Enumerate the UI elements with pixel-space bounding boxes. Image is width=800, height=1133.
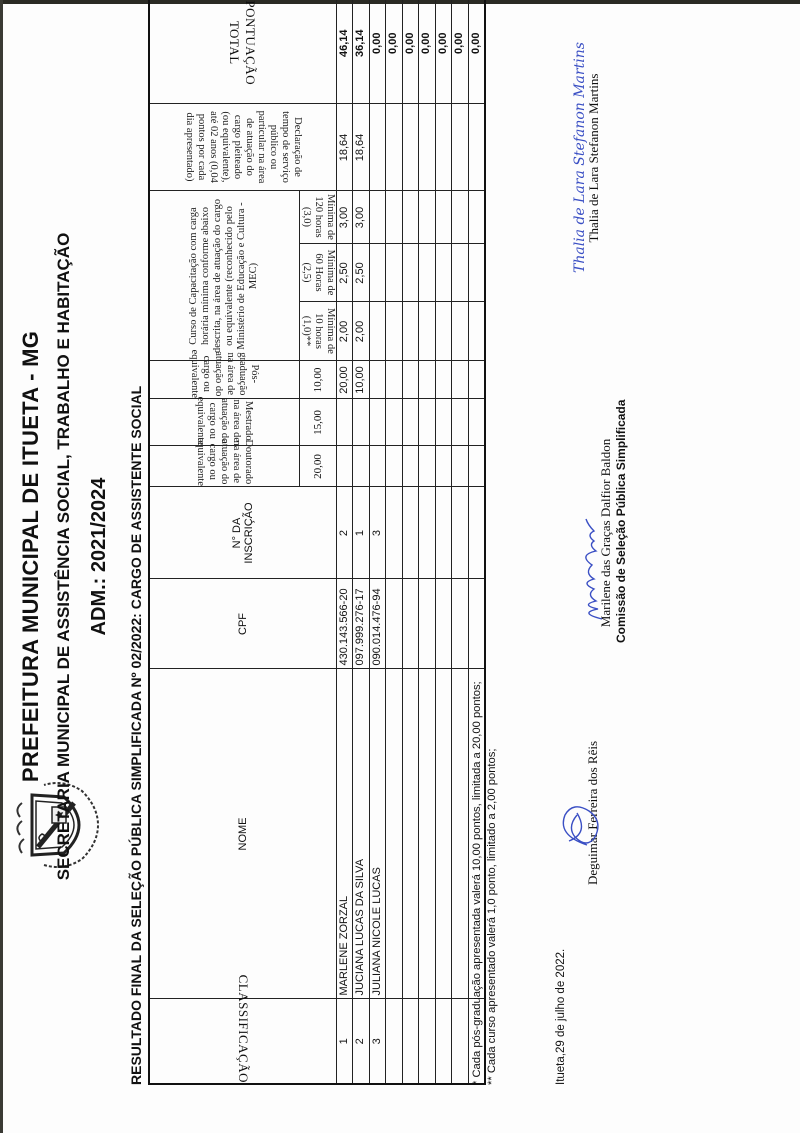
column-header-mestrado: Mestrado na área de atuação do cargo ou … bbox=[149, 399, 299, 446]
cell-name bbox=[386, 669, 403, 999]
cell-inscricao bbox=[402, 487, 419, 579]
cell-min10 bbox=[419, 302, 436, 361]
cell-doutorado bbox=[419, 446, 436, 487]
cell-cpf: 090.014.476-94 bbox=[369, 579, 386, 669]
max-points-doutorado: 20,00 bbox=[299, 446, 336, 487]
cell-min10 bbox=[402, 302, 419, 361]
cell-inscricao: 1 bbox=[353, 487, 370, 579]
cell-name bbox=[419, 669, 436, 999]
cell-cpf bbox=[402, 579, 419, 669]
cell-doutorado bbox=[435, 446, 452, 487]
cell-inscricao: 2 bbox=[336, 487, 353, 579]
cell-inscricao bbox=[386, 487, 403, 579]
cell-pos bbox=[468, 361, 485, 399]
cell-name bbox=[402, 669, 419, 999]
cell-total: 0,00 bbox=[468, 0, 485, 104]
cell-mestrado bbox=[402, 399, 419, 446]
cell-inscricao bbox=[435, 487, 452, 579]
cell-min60 bbox=[435, 244, 452, 302]
table-row: 0,00 bbox=[402, 0, 419, 1084]
cell-declaracao: 18,64 bbox=[336, 104, 353, 191]
cell-doutorado bbox=[336, 446, 353, 487]
cell-declaracao bbox=[402, 104, 419, 191]
cell-doutorado bbox=[402, 446, 419, 487]
cell-rank bbox=[419, 999, 436, 1084]
cell-declaracao: 18,64 bbox=[353, 104, 370, 191]
cell-cpf bbox=[386, 579, 403, 669]
table-caption: RESULTADO FINAL DA SELEÇÃO PÚBLICA SIMPL… bbox=[128, 386, 144, 1085]
signature-scribble-icon bbox=[557, 799, 603, 851]
cell-mestrado bbox=[369, 399, 386, 446]
column-header-pos-graduacao: Pós-graduação na área de atuação do carg… bbox=[149, 361, 299, 399]
cell-name bbox=[452, 669, 469, 999]
cell-min120 bbox=[402, 191, 419, 244]
table-row: 0,00 bbox=[419, 0, 436, 1084]
cell-min60: 2,50 bbox=[336, 244, 353, 302]
signature-block-1: Deguimar Ferreira dos Rêis bbox=[585, 713, 601, 913]
cell-pos bbox=[435, 361, 452, 399]
cell-cpf bbox=[419, 579, 436, 669]
cell-min60: 2,50 bbox=[353, 244, 370, 302]
cell-min120 bbox=[386, 191, 403, 244]
column-header-min10: Mínima de 10 horas (1,0)** bbox=[299, 302, 336, 361]
cell-total: 36,14 bbox=[353, 0, 370, 104]
table-row: 0,00 bbox=[435, 0, 452, 1084]
signature-block-3: Thalia de Lara Stefanon Martins Thalia d… bbox=[572, 43, 602, 273]
cell-mestrado bbox=[353, 399, 370, 446]
cell-rank bbox=[435, 999, 452, 1084]
column-header-nome: NOME bbox=[149, 669, 336, 999]
signature-block-2: Marilene das Graças Dalfior Baldon Comis… bbox=[598, 423, 628, 643]
footnotes: * Cada pós-graduação apresentada valerá … bbox=[470, 681, 500, 1085]
cell-declaracao bbox=[386, 104, 403, 191]
cell-total: 0,00 bbox=[435, 0, 452, 104]
cell-pos: 20,00 bbox=[336, 361, 353, 399]
cell-mestrado bbox=[435, 399, 452, 446]
footnote-pos-graduacao: * Cada pós-graduação apresentada valerá … bbox=[470, 681, 485, 1085]
column-header-inscricao: N° DA INSCRIÇÃO bbox=[149, 487, 336, 579]
cell-declaracao bbox=[452, 104, 469, 191]
column-header-min60: Mínima de 60 Horas (2,5) bbox=[299, 244, 336, 302]
cell-min120 bbox=[435, 191, 452, 244]
cell-mestrado bbox=[419, 399, 436, 446]
cell-total: 0,00 bbox=[386, 0, 403, 104]
cell-doutorado bbox=[369, 446, 386, 487]
table-row: 2JUCIANA LUCAS DA SILVA097.999.276-17110… bbox=[353, 0, 370, 1084]
column-header-classificacao: CLASSIFICAÇÃO bbox=[149, 999, 336, 1084]
cell-inscricao bbox=[419, 487, 436, 579]
cell-declaracao bbox=[435, 104, 452, 191]
cell-pos: 10,00 bbox=[353, 361, 370, 399]
cell-mestrado bbox=[336, 399, 353, 446]
cell-mestrado bbox=[386, 399, 403, 446]
cell-min60 bbox=[452, 244, 469, 302]
place-and-date: Itueta,29 de julho de 2022. bbox=[555, 949, 567, 1085]
table-row: 0,00 bbox=[452, 0, 469, 1084]
cell-name bbox=[435, 669, 452, 999]
cell-min60 bbox=[402, 244, 419, 302]
cell-name: JUCIANA LUCAS DA SILVA bbox=[353, 669, 370, 999]
table-row: 0,00 bbox=[386, 0, 403, 1084]
max-points-mestrado: 15,00 bbox=[299, 399, 336, 446]
cell-min120: 3,00 bbox=[336, 191, 353, 244]
cell-pos bbox=[452, 361, 469, 399]
cell-rank: 1 bbox=[336, 999, 353, 1084]
cell-min120 bbox=[419, 191, 436, 244]
footnote-curso: ** Cada curso apresentado valerá 1,0 pon… bbox=[485, 681, 500, 1085]
cell-mestrado bbox=[468, 399, 485, 446]
cell-rank bbox=[402, 999, 419, 1084]
cell-min10: 2,00 bbox=[353, 302, 370, 361]
column-header-doutorado: Doutorado na área de atuação do cargo ou… bbox=[149, 446, 299, 487]
cell-min120: 3,00 bbox=[353, 191, 370, 244]
column-header-total: PONTUAÇÃO TOTAL bbox=[149, 0, 336, 104]
cell-declaracao bbox=[369, 104, 386, 191]
document-page: PREFEITURA MUNICIPAL DE ITUETA - MG SECR… bbox=[0, 0, 800, 1133]
cell-inscricao bbox=[468, 487, 485, 579]
column-header-cpf: CPF bbox=[149, 579, 336, 669]
cell-doutorado bbox=[353, 446, 370, 487]
cell-cpf: 430.143.566-20 bbox=[336, 579, 353, 669]
cell-mestrado bbox=[452, 399, 469, 446]
column-header-curso-capacitacao: Curso de Capacitação com carga horária m… bbox=[149, 191, 299, 361]
cell-inscricao bbox=[452, 487, 469, 579]
header-administration: ADM.: 2021/2024 bbox=[88, 0, 111, 1133]
cell-min10: 2,00 bbox=[336, 302, 353, 361]
cell-rank bbox=[386, 999, 403, 1084]
header-secretariat: SECRETARIA MUNICIPAL DE ASSISTÊNCIA SOCI… bbox=[54, 0, 74, 1133]
cell-cpf bbox=[435, 579, 452, 669]
cell-min10 bbox=[386, 302, 403, 361]
column-header-declaracao: Declaração de tempo de serviço público o… bbox=[149, 104, 336, 191]
cell-name: JULIANA NICOLE LUCAS bbox=[369, 669, 386, 999]
cell-min10 bbox=[452, 302, 469, 361]
table-row: 3JULIANA NICOLE LUCAS090.014.476-9430,00 bbox=[369, 0, 386, 1084]
cell-min60 bbox=[369, 244, 386, 302]
max-points-pos: 10,00 bbox=[299, 361, 336, 399]
results-table: CLASSIFICAÇÃO NOME CPF N° DA INSCRIÇÃO D… bbox=[148, 0, 486, 1085]
cell-declaracao bbox=[419, 104, 436, 191]
cell-pos bbox=[386, 361, 403, 399]
cell-total: 0,00 bbox=[419, 0, 436, 104]
cell-total: 0,00 bbox=[452, 0, 469, 104]
cell-min60 bbox=[419, 244, 436, 302]
cell-rank: 3 bbox=[369, 999, 386, 1084]
cell-doutorado bbox=[386, 446, 403, 487]
cell-min10 bbox=[435, 302, 452, 361]
cell-min60 bbox=[386, 244, 403, 302]
cell-total: 0,00 bbox=[369, 0, 386, 104]
cell-pos bbox=[419, 361, 436, 399]
header-municipality: PREFEITURA MUNICIPAL DE ITUETA - MG bbox=[18, 0, 44, 1133]
cell-min120 bbox=[468, 191, 485, 244]
cell-cpf: 097.999.276-17 bbox=[353, 579, 370, 669]
cell-name: MARLENE ZORZAL bbox=[336, 669, 353, 999]
cell-doutorado bbox=[468, 446, 485, 487]
cell-min120 bbox=[452, 191, 469, 244]
cell-min10 bbox=[468, 302, 485, 361]
signature-scribble-icon bbox=[576, 493, 606, 623]
cell-min10 bbox=[369, 302, 386, 361]
table-row: 1MARLENE ZORZAL430.143.566-20220,002,002… bbox=[336, 0, 353, 1084]
cell-doutorado bbox=[452, 446, 469, 487]
cell-cpf bbox=[452, 579, 469, 669]
cell-declaracao bbox=[468, 104, 485, 191]
cell-total: 46,14 bbox=[336, 0, 353, 104]
cell-cpf bbox=[468, 579, 485, 669]
column-header-min120: Mínima de 120 horas (3,0) bbox=[299, 191, 336, 244]
cell-min120 bbox=[369, 191, 386, 244]
cell-rank bbox=[452, 999, 469, 1084]
cell-pos bbox=[369, 361, 386, 399]
cell-pos bbox=[402, 361, 419, 399]
cell-inscricao: 3 bbox=[369, 487, 386, 579]
cell-min60 bbox=[468, 244, 485, 302]
cell-rank: 2 bbox=[353, 999, 370, 1084]
cell-total: 0,00 bbox=[402, 0, 419, 104]
